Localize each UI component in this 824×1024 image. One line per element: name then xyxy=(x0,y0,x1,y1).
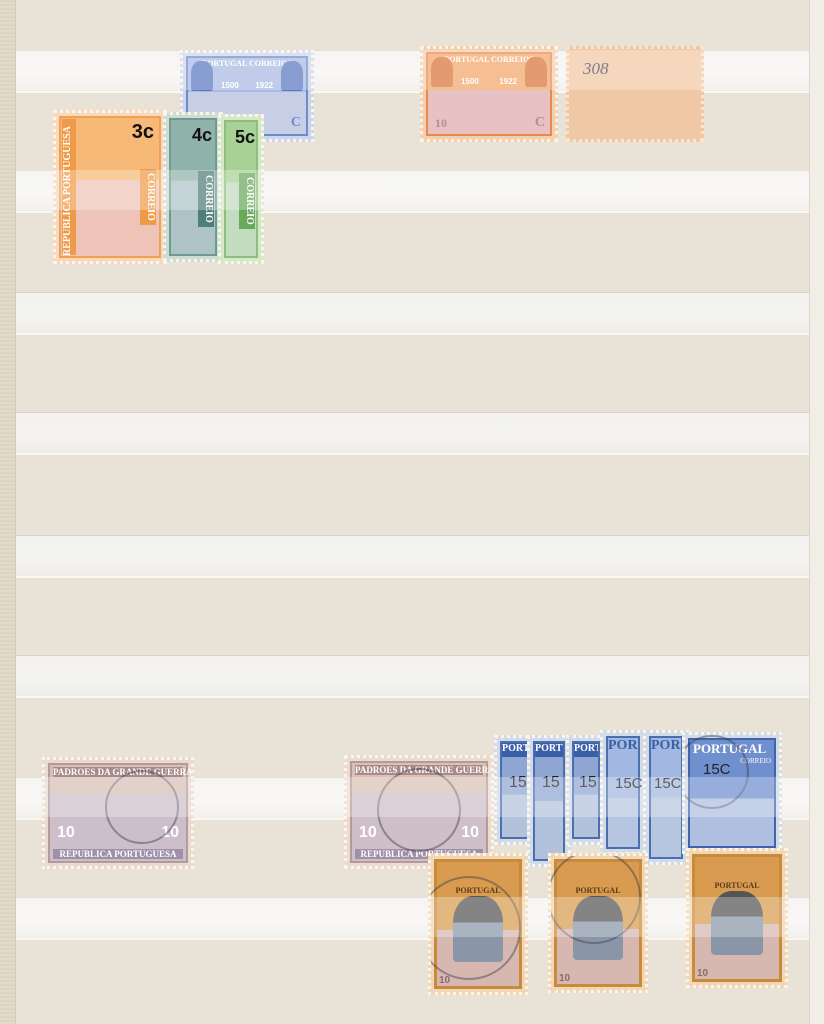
stockbook-page: PORTUGAL CORREIOS 1500 1922 C PORTUGAL C… xyxy=(0,0,824,1024)
stamp-value-left: 10 xyxy=(435,116,447,131)
stamp-value: C xyxy=(291,115,301,131)
stamp-value: 10 xyxy=(697,968,708,979)
stamp-value-right: C xyxy=(535,115,545,131)
stamp-grande-guerra-2[interactable]: PADROES DA GRANDE GUERRA 10 10 REPUBLICA… xyxy=(344,755,494,869)
portrait-icon xyxy=(431,57,453,87)
stamp-ochre-portugal-3[interactable]: PORTUGAL 10 xyxy=(686,848,788,988)
stamp-header: PORTU xyxy=(535,743,563,757)
stamp-header: PORT xyxy=(502,743,528,757)
stamp-value: 10 xyxy=(439,975,450,986)
stamp-camoes-3c[interactable]: REPUBLICA PORTUGUESA 3c CORREIO xyxy=(53,110,167,264)
stamp-value: 15 xyxy=(509,774,527,792)
correio-tab: CORREIO xyxy=(198,171,214,227)
stamp-ochre-portugal-2[interactable]: PORTUGAL 10 xyxy=(548,853,648,993)
postmark xyxy=(548,853,641,944)
stamp-value: 5c xyxy=(235,127,255,148)
year-left: 1500 xyxy=(461,77,479,86)
stamp-value-left: 10 xyxy=(359,824,377,842)
stamp-header: POR xyxy=(651,738,681,754)
page-right-edge xyxy=(809,0,824,1024)
stock-strip xyxy=(16,292,809,335)
portrait-icon xyxy=(191,61,213,91)
stamp-value: 15 xyxy=(579,774,597,792)
stamp-grande-guerra-1[interactable]: PADROES DA GRANDE GUERRA 10 10 REPUBLICA… xyxy=(42,757,194,869)
stock-strip xyxy=(16,412,809,455)
correio-tab: CORREIO xyxy=(140,169,156,225)
stamp-back-side[interactable]: 308 xyxy=(566,46,704,142)
stamp-value: 15C xyxy=(615,775,643,792)
year-right: 1922 xyxy=(255,81,273,90)
stamp-value: 15 xyxy=(542,774,560,792)
stamp-blue-15c-4[interactable]: POR 15C xyxy=(600,730,646,855)
stamp-value-right: 10 xyxy=(461,824,479,842)
stamp-value: 10 xyxy=(559,973,570,984)
postmark xyxy=(377,768,461,852)
pencil-note: 308 xyxy=(583,59,609,79)
stamp-header: PORT xyxy=(574,743,598,757)
postmark xyxy=(105,770,179,844)
stamp-camoes-5c[interactable]: 5c CORREIO xyxy=(218,114,264,264)
stamp-value: 3c xyxy=(132,121,154,144)
stamp-blue-15c-6[interactable]: PORTUGAL CORREIO 15C xyxy=(682,732,782,854)
stamp-camoes-4c[interactable]: 4c CORREIO xyxy=(163,112,223,262)
stamp-footer: REPUBLICA PORTUGUESA xyxy=(53,849,183,859)
year-right: 1922 xyxy=(499,77,517,86)
stamp-ochre-portugal-1[interactable]: PORTUGAL 10 xyxy=(428,853,528,995)
vignette-scene xyxy=(711,891,763,955)
correio-tab: CORREIO xyxy=(239,173,255,229)
stock-strip xyxy=(16,535,809,578)
side-text: REPUBLICA PORTUGUESA xyxy=(62,123,76,259)
stock-strip xyxy=(16,655,809,698)
stamp-value: 4c xyxy=(192,125,212,146)
stamp-aviation-orange[interactable]: PORTUGAL CORREIOS 1500 1922 10 C xyxy=(420,46,558,142)
stamp-header: POR xyxy=(608,738,638,754)
portrait-icon xyxy=(525,57,547,87)
portrait-icon xyxy=(281,61,303,91)
stamp-header: PADROES DA GRANDE GUERRA xyxy=(53,767,183,777)
stamp-blue-15c-2[interactable]: PORTU 15 xyxy=(527,735,571,867)
stamp-header: PORTUGAL xyxy=(689,881,785,890)
year-left: 1500 xyxy=(221,81,239,90)
page-binding-edge xyxy=(0,0,16,1024)
stamp-value-left: 10 xyxy=(57,824,75,842)
stamp-value: 15C xyxy=(654,775,682,792)
